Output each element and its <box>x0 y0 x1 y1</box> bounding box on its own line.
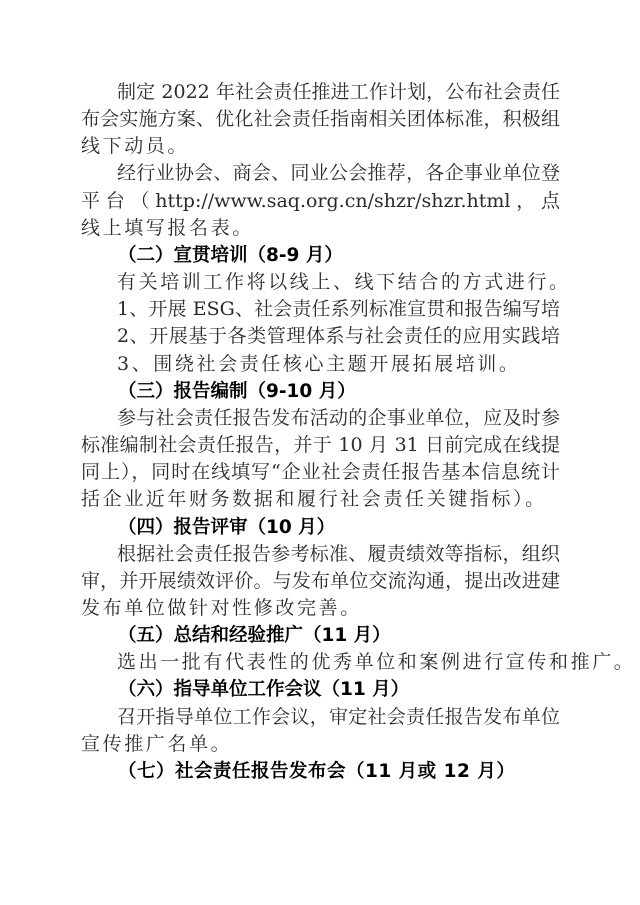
paragraph-line: 审，并开展绩效评价。与发布单位交流沟通，提出改进建议，由 <box>81 568 560 595</box>
section-heading-training: （二）宣贯培训（8-9 月） <box>81 242 560 269</box>
paragraph-line: 根据社会责任报告参考标准、履责绩效等指标，组织专家评 <box>81 541 560 568</box>
paragraph-line: 发布单位做针对性修改完善。 <box>81 595 560 622</box>
paragraph-line: 线下动员。 <box>81 133 560 160</box>
paragraph-line-text: 有关培训工作将以线上、线下结合的方式进行。 <box>117 271 571 293</box>
paragraph-line-text: 括企业近年财务数据和履行社会责任关键指标）。 <box>81 488 547 510</box>
list-item: 1、开展 ESG、社会责任系列标准宣贯和报告编写培训； <box>81 296 560 323</box>
list-item: 3、围绕社会责任核心主题开展拓展培训。 <box>81 351 560 378</box>
paragraph-line: 选出一批有代表性的优秀单位和案例进行宣传和推广。 <box>81 649 560 676</box>
paragraph-line: 布会实施方案、优化社会责任指南相关团体标准，积极组织线上、 <box>81 106 560 133</box>
paragraph-line: 宣传推广名单。 <box>81 731 560 758</box>
paragraph-line-text: 宣传推广名单。 <box>81 733 232 755</box>
paragraph-line: 括企业近年财务数据和履行社会责任关键指标）。 <box>81 486 560 513</box>
document-page: 制定 2022 年社会责任推进工作计划，公布社会责任报告发 布会实施方案、优化社… <box>0 0 640 905</box>
paragraph-line: 参与社会责任报告发布活动的企事业单位，应及时参照相关 <box>81 405 560 432</box>
paragraph-line: 经行业协会、商会、同业公会推荐，各企事业单位登录在线 <box>81 160 560 187</box>
paragraph-line: 线上填写报名表。 <box>81 215 560 242</box>
paragraph-line: 有关培训工作将以线上、线下结合的方式进行。 <box>81 269 560 296</box>
paragraph-line: 同上），同时在线填写“企业社会责任报告基本信息统计表”（包 <box>81 459 560 486</box>
paragraph-line-text: 线上填写报名表。 <box>81 217 254 239</box>
paragraph-line: 平台（http://www.saq.org.cn/shzr/shzr.html，… <box>81 188 560 215</box>
paragraph-line: 召开指导单位工作会议，审定社会责任报告发布单位名单和 <box>81 704 560 731</box>
section-heading-guidance-meeting: （六）指导单位工作会议（11 月） <box>81 676 560 703</box>
section-heading-summary-promotion: （五）总结和经验推广（11 月） <box>81 622 560 649</box>
paragraph-line-text: 发布单位做针对性修改完善。 <box>81 597 362 619</box>
paragraph-line: 标准编制社会责任报告，并于 10 月 31 日前完成在线提交（网址 <box>81 432 560 459</box>
section-heading-release-conference: （七）社会责任报告发布会（11 月或 12 月） <box>81 758 560 785</box>
section-heading-report-compilation: （三）报告编制（9-10 月） <box>81 378 560 405</box>
list-item-text: 3、围绕社会责任核心主题开展拓展培训。 <box>117 353 521 375</box>
paragraph-line-text: 选出一批有代表性的优秀单位和案例进行宣传和推广。 <box>117 651 635 673</box>
list-item: 2、开展基于各类管理体系与社会责任的应用实践培训； <box>81 323 560 350</box>
document-body: 制定 2022 年社会责任推进工作计划，公布社会责任报告发 布会实施方案、优化社… <box>81 79 560 785</box>
paragraph-line: 制定 2022 年社会责任推进工作计划，公布社会责任报告发 <box>81 79 560 106</box>
paragraph-line-text: 线下动员。 <box>81 135 189 157</box>
section-heading-report-review: （四）报告评审（10 月） <box>81 514 560 541</box>
